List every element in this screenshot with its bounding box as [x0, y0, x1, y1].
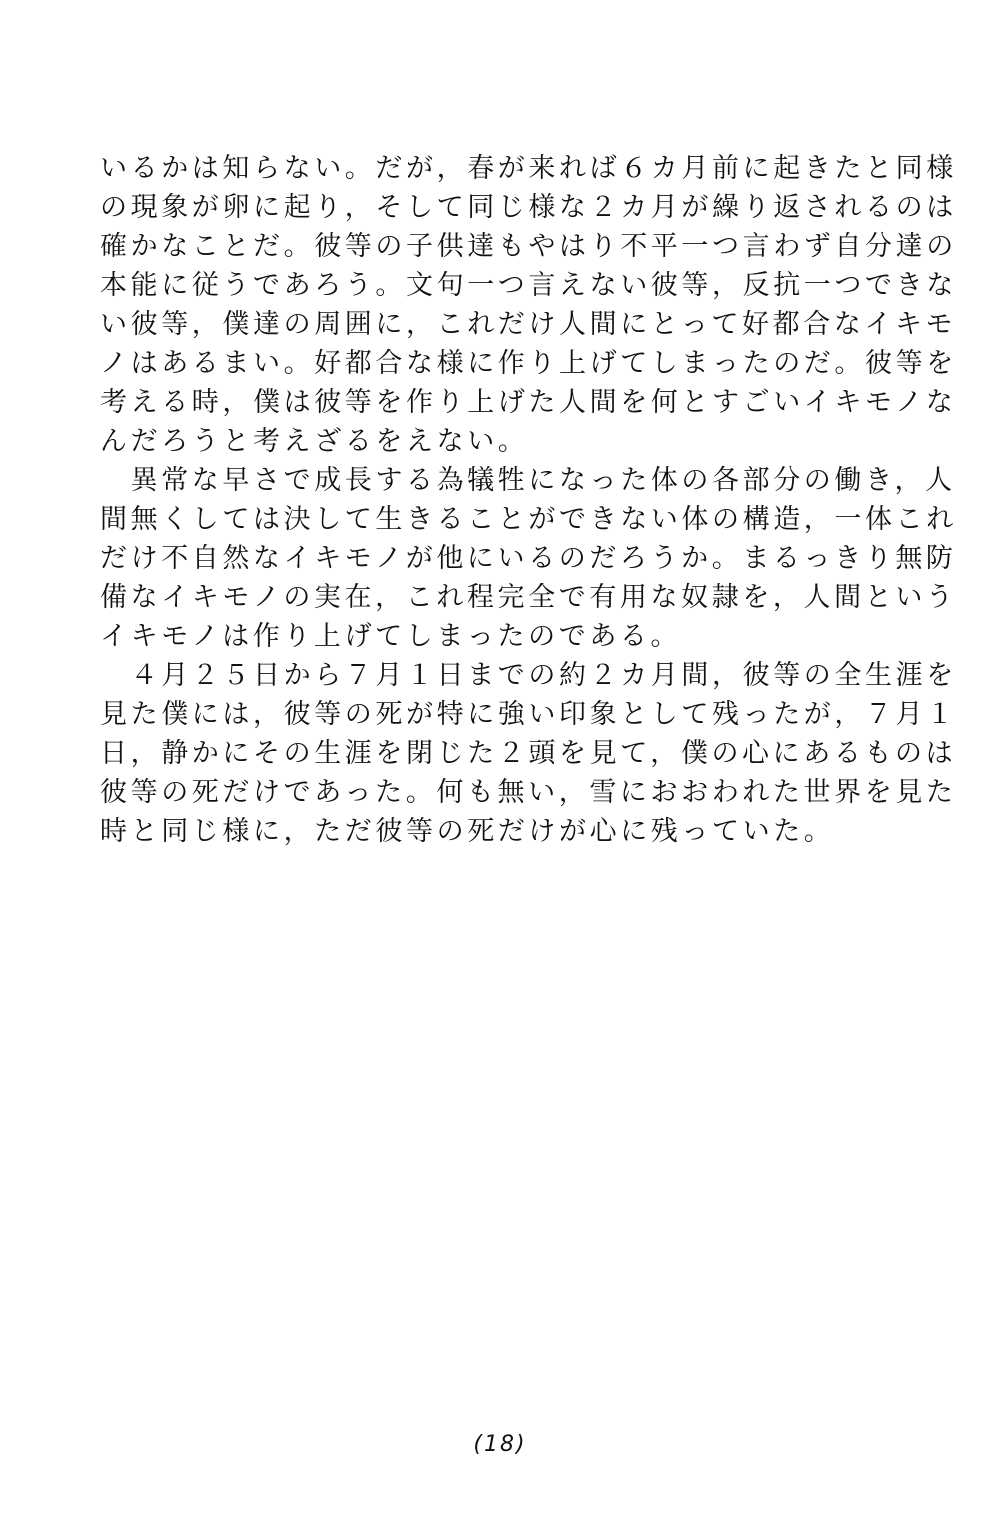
paragraph-2: 異常な早さで成長する為犠牲になった体の各部分の働き，人 間無くしては決して生きる…	[100, 461, 930, 656]
text-line: んだろうと考えざるをえない。	[100, 422, 930, 461]
body-text: いるかは知らない。だが，春が来れば６カ月前に起きたと同様 の現象が卵に起り，そし…	[100, 149, 930, 851]
text-line: 日，静かにその生涯を閉じた２頭を見て，僕の心にあるものは	[100, 734, 930, 773]
text-line: い彼等，僕達の周囲に，これだけ人間にとって好都合なイキモ	[100, 305, 930, 344]
text-line: 見た僕には，彼等の死が特に強い印象として残ったが，７月１	[100, 695, 930, 734]
text-line: 考える時，僕は彼等を作り上げた人間を何とすごいイキモノな	[100, 383, 930, 422]
text-line: いるかは知らない。だが，春が来れば６カ月前に起きたと同様	[100, 149, 930, 188]
text-line: だけ不自然なイキモノが他にいるのだろうか。まるっきり無防	[100, 539, 930, 578]
text-line: ４月２５日から７月１日までの約２カ月間，彼等の全生涯を	[100, 656, 930, 695]
text-line: ノはあるまい。好都合な様に作り上げてしまったのだ。彼等を	[100, 344, 930, 383]
text-line: イキモノは作り上げてしまったのである。	[100, 617, 930, 656]
text-line: 時と同じ様に，ただ彼等の死だけが心に残っていた。	[100, 812, 930, 851]
page-number: (18)	[0, 1432, 1000, 1457]
paragraph-1: いるかは知らない。だが，春が来れば６カ月前に起きたと同様 の現象が卵に起り，そし…	[100, 149, 930, 461]
text-line: 本能に従うであろう。文句一つ言えない彼等，反抗一つできな	[100, 266, 930, 305]
paragraph-3: ４月２５日から７月１日までの約２カ月間，彼等の全生涯を 見た僕には，彼等の死が特…	[100, 656, 930, 851]
text-line: 間無くしては決して生きることができない体の構造，一体これ	[100, 500, 930, 539]
document-page: いるかは知らない。だが，春が来れば６カ月前に起きたと同様 の現象が卵に起り，そし…	[0, 0, 1000, 1529]
text-line: 彼等の死だけであった。何も無い，雪におおわれた世界を見た	[100, 773, 930, 812]
text-line: 備なイキモノの実在，これ程完全で有用な奴隷を，人間という	[100, 578, 930, 617]
text-line: 確かなことだ。彼等の子供達もやはり不平一つ言わず自分達の	[100, 227, 930, 266]
text-line: 異常な早さで成長する為犠牲になった体の各部分の働き，人	[100, 461, 930, 500]
text-line: の現象が卵に起り，そして同じ様な２カ月が繰り返されるのは	[100, 188, 930, 227]
